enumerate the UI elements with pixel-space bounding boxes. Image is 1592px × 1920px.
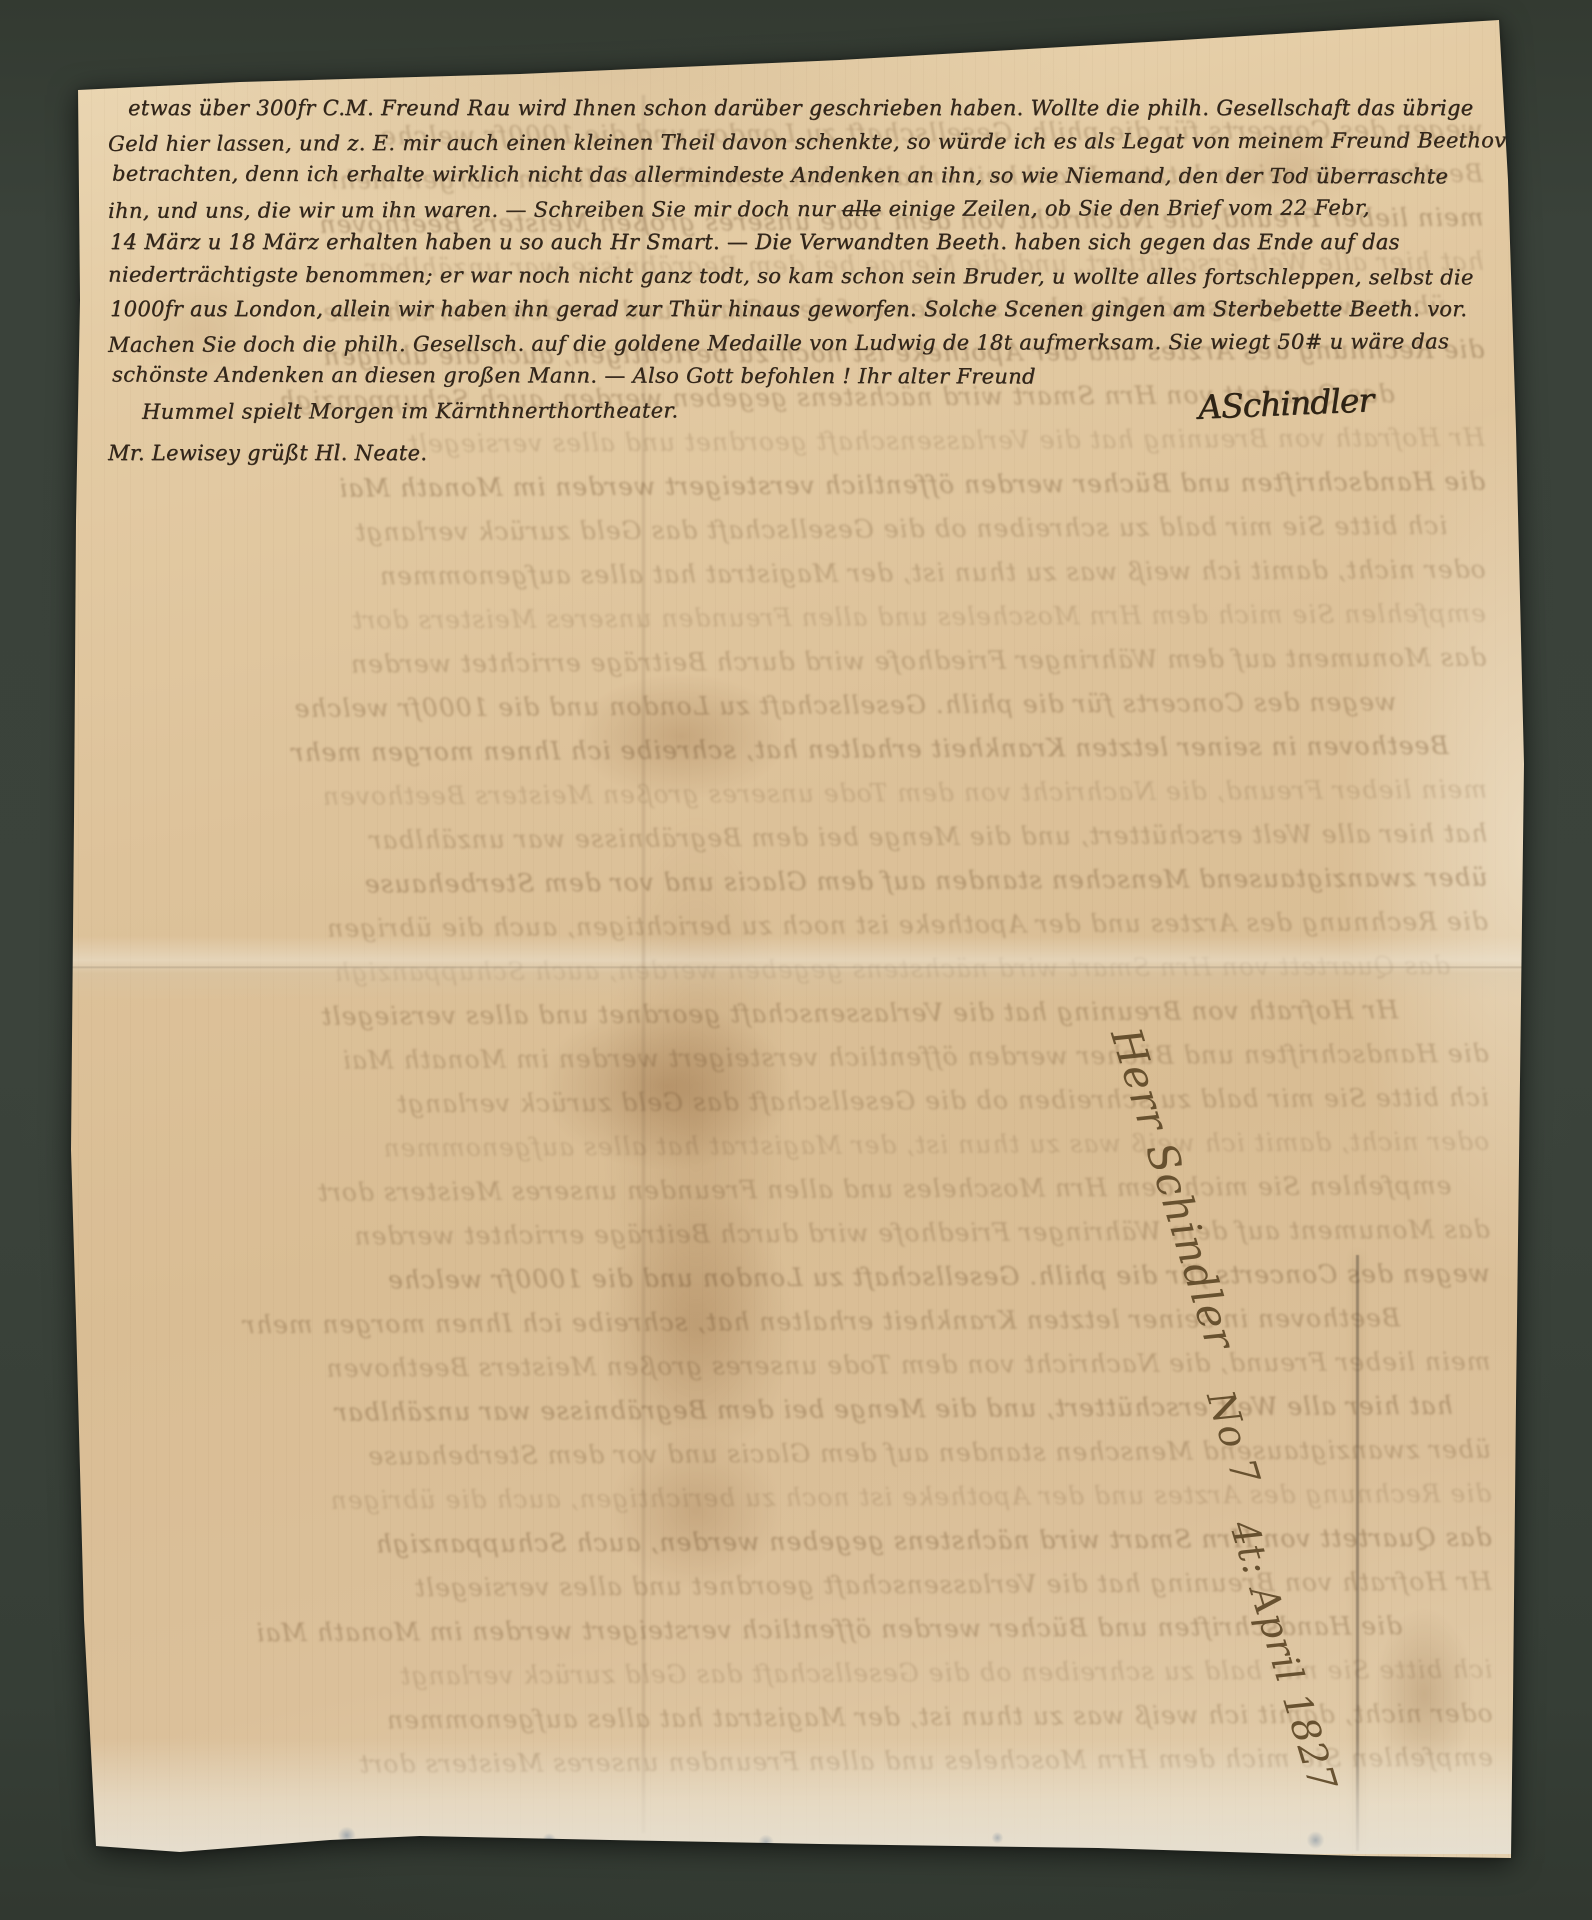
letter-line: Geld hier lassen, und z. E. mir auch ein… bbox=[108, 124, 1516, 161]
letter-line: 1000fr aus London, allein wir haben ihn … bbox=[110, 293, 1516, 327]
bleed-through-line: wegen des Concerts für die philh. Gesell… bbox=[90, 680, 1396, 732]
letter-line: Machen Sie doch die philh. Gesellsch. au… bbox=[108, 325, 1516, 362]
bleed-through-line: Hr Hofrath von Breuning hat die Verlasse… bbox=[92, 988, 1398, 1040]
letter-line: 14 März u 18 März erhalten haben u so au… bbox=[110, 226, 1516, 260]
letter-line: Mr. Lewisey grüßt Hl. Neate. bbox=[108, 437, 1516, 471]
letter-line: ihn, und uns, die wir um ihn waren. — Sc… bbox=[108, 191, 1516, 228]
bleed-through-line: die Handschriften und Bücher werden öffe… bbox=[96, 1604, 1402, 1656]
letter-line: niederträchtigste benommen; er war noch … bbox=[108, 258, 1516, 294]
letter-paper-sheet: wegen des Concerts für die philh. Gesell… bbox=[0, 0, 1592, 1920]
signature: ASchindler bbox=[1197, 380, 1374, 427]
scan-background-mat: wegen des Concerts für die philh. Gesell… bbox=[0, 0, 1592, 1920]
paper-shadow-wrap: wegen des Concerts für die philh. Gesell… bbox=[0, 0, 1592, 1920]
letter-line: betrachten, denn ich erhalte wirklich ni… bbox=[112, 158, 1516, 194]
letter-line: etwas über 300fr C.M. Freund Rau wird Ih… bbox=[128, 92, 1516, 126]
bleed-through-line: empfehlen Sie mich dem Hrn Moscheles und… bbox=[97, 1736, 1493, 1789]
